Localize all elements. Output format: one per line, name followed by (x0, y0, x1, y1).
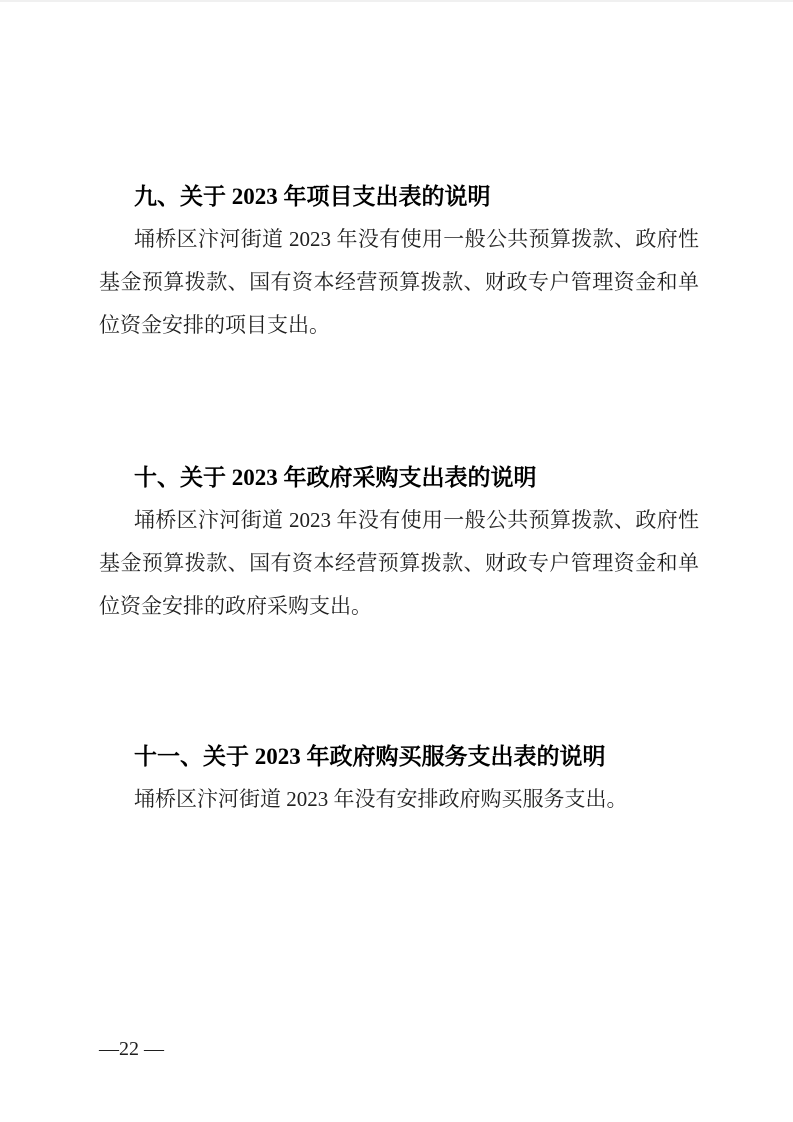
section-purchased-services: 十一、关于 2023 年政府购买服务支出表的说明 埇桥区汴河街道 2023 年没… (99, 735, 699, 821)
section-heading-project-expenditure: 九、关于 2023 年项目支出表的说明 (99, 175, 699, 218)
section-heading-government-procurement: 十、关于 2023 年政府采购支出表的说明 (99, 456, 699, 499)
page-footer: —22 — (99, 1038, 164, 1060)
section-body-government-procurement: 埇桥区汴河街道 2023 年没有使用一般公共预算拨款、政府性基金预算拨款、国有资… (99, 499, 699, 628)
section-body-purchased-services: 埇桥区汴河街道 2023 年没有安排政府购买服务支出。 (99, 778, 699, 821)
page-number: —22 — (99, 1038, 164, 1060)
document-page: 九、关于 2023 年项目支出表的说明 埇桥区汴河街道 2023 年没有使用一般… (0, 0, 793, 1122)
section-body-project-expenditure: 埇桥区汴河街道 2023 年没有使用一般公共预算拨款、政府性基金预算拨款、国有资… (99, 218, 699, 347)
section-heading-purchased-services: 十一、关于 2023 年政府购买服务支出表的说明 (99, 735, 699, 778)
section-project-expenditure: 九、关于 2023 年项目支出表的说明 埇桥区汴河街道 2023 年没有使用一般… (99, 175, 699, 347)
section-government-procurement: 十、关于 2023 年政府采购支出表的说明 埇桥区汴河街道 2023 年没有使用… (99, 456, 699, 628)
page-content: 九、关于 2023 年项目支出表的说明 埇桥区汴河街道 2023 年没有使用一般… (99, 2, 699, 821)
